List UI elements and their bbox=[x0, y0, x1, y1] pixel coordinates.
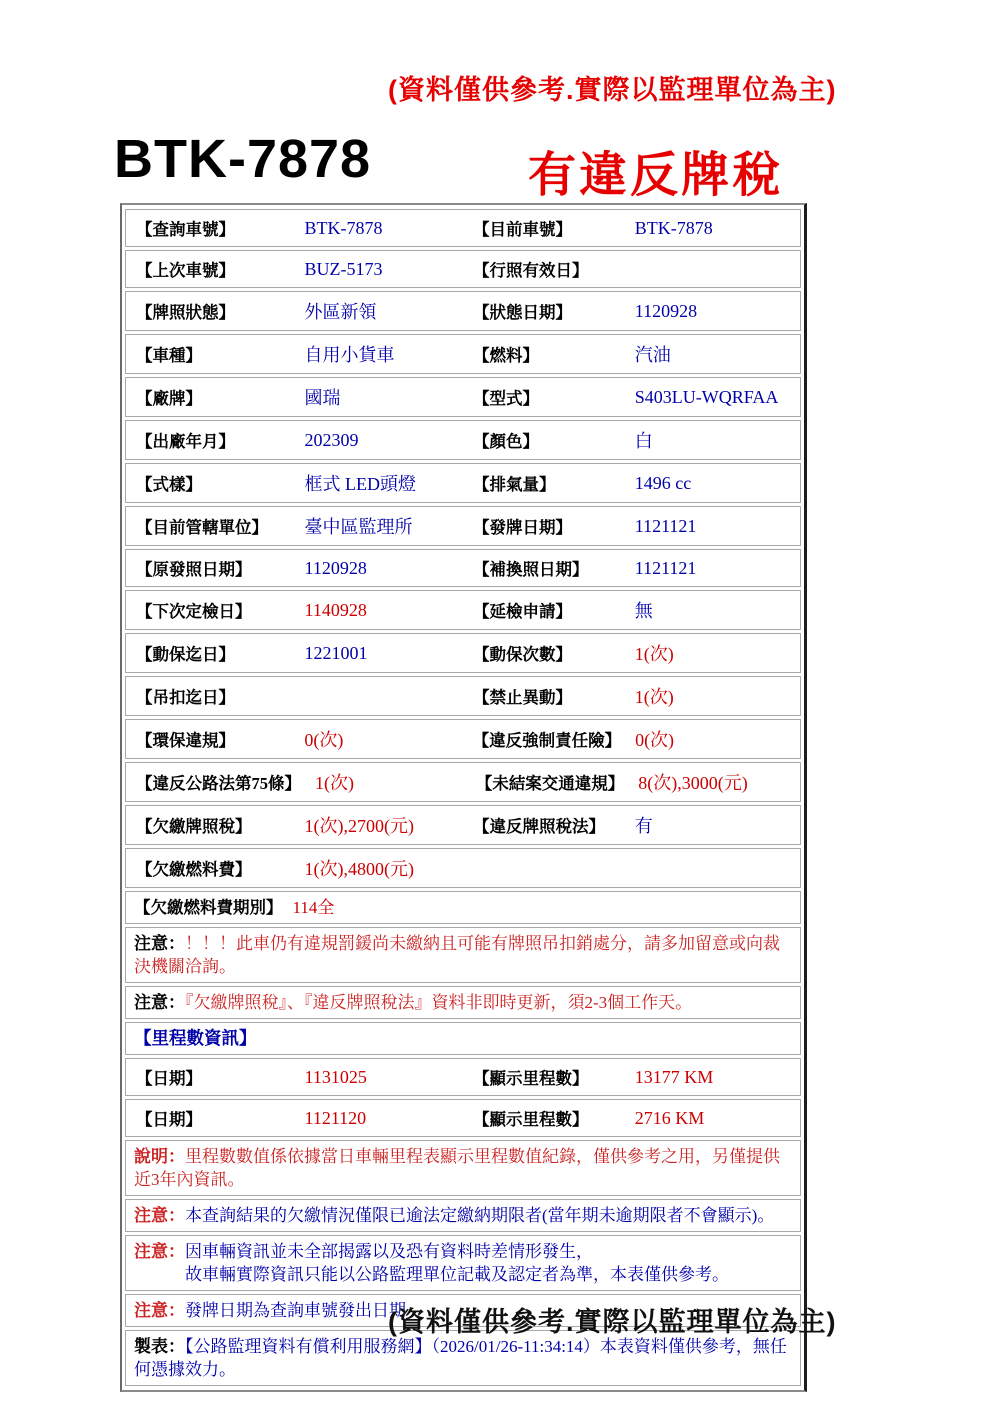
note-text: 因車輛資訊並未全部揭露以及恐有資料時差情形發生， 故車輛實際資訊只能以公路監理單… bbox=[134, 1242, 729, 1284]
top-disclaimer-text: (資料僅供參考.實際以監理單位為主) bbox=[388, 68, 836, 107]
violation-flag-title: 有違反牌稅 bbox=[528, 136, 783, 205]
field-label: 【下次定檢日】 bbox=[126, 591, 295, 629]
field-label: 【顯示里程數】 bbox=[463, 1100, 625, 1136]
table-row: 【原發照日期】1120928【補換照日期】1121121 bbox=[125, 549, 801, 587]
field-value: 114全 bbox=[293, 898, 335, 917]
table-row: 【環保違規】0(次)【違反強制責任險】0(次) bbox=[125, 719, 801, 759]
field-value: 外區新領 bbox=[295, 292, 464, 330]
field-value bbox=[625, 849, 800, 887]
table-row: 說明：里程數數值係依據當日車輛里程表顯示里程數值紀錄，僅供參考之用，另僅提供近3… bbox=[125, 1140, 801, 1196]
field-label: 【發牌日期】 bbox=[463, 507, 625, 545]
note-prefix-label: 製表： bbox=[134, 1337, 185, 1356]
table-row: 【目前管轄單位】臺中區監理所【發牌日期】1121121 bbox=[125, 506, 801, 546]
plate-number-title: BTK-7878 bbox=[114, 128, 371, 190]
field-label: 【違反強制責任險】 bbox=[463, 720, 626, 758]
field-value: S403LU-WQRFAA bbox=[625, 378, 800, 416]
table-row: 注意：因車輛資訊並未全部揭露以及恐有資料時差情形發生， 故車輛實際資訊只能以公路… bbox=[125, 1235, 801, 1291]
field-value: BTK-7878 bbox=[625, 210, 800, 246]
table-row: 【牌照狀態】外區新領【狀態日期】1120928 bbox=[125, 291, 801, 331]
note-text: 里程數數值係依據當日車輛里程表顯示里程數值紀錄，僅供參考之用，另僅提供近3年內資… bbox=[134, 1147, 780, 1189]
note-text: 發牌日期為查詢車號發出日期 bbox=[185, 1301, 406, 1320]
field-value bbox=[625, 251, 800, 287]
field-label: 【動保迄日】 bbox=[126, 634, 295, 672]
field-label: 【式樣】 bbox=[126, 464, 295, 502]
field-label: 【禁止異動】 bbox=[463, 677, 625, 715]
field-label: 【延檢申請】 bbox=[463, 591, 625, 629]
field-value: 1120928 bbox=[625, 292, 800, 330]
note-prefix-label: 說明： bbox=[134, 1147, 185, 1166]
field-value: BTK-7878 bbox=[295, 210, 464, 246]
note-prefix-label: 注意： bbox=[134, 1206, 185, 1225]
note-prefix-label: 注意： bbox=[134, 1301, 185, 1320]
table-row: 【下次定檢日】1140928【延檢申請】無 bbox=[125, 590, 801, 630]
table-row: 【日期】1131025【顯示里程數】13177 KM bbox=[125, 1058, 801, 1096]
field-value: 1120928 bbox=[295, 550, 464, 586]
field-value: 1(次) bbox=[625, 634, 800, 672]
vehicle-query-result-page: (資料僅供參考.實際以監理單位為主) BTK-7878 有違反牌稅 【查詢車號】… bbox=[0, 0, 992, 1403]
field-value: 0(次) bbox=[294, 720, 462, 758]
field-value: 框式 LED頭燈 bbox=[295, 464, 464, 502]
note-text: 【公路監理資料有償利用服務網】（2026/01/26-11:34:14）本表資料… bbox=[134, 1337, 787, 1379]
field-value: BUZ-5173 bbox=[295, 251, 464, 287]
field-value: 自用小貨車 bbox=[295, 335, 464, 373]
table-row: 【車種】自用小貨車【燃料】汽油 bbox=[125, 334, 801, 374]
field-value: 臺中區監理所 bbox=[295, 507, 464, 545]
field-label: 【欠繳燃料費】 bbox=[126, 849, 295, 887]
field-label: 【原發照日期】 bbox=[126, 550, 295, 586]
field-value: 1121121 bbox=[625, 550, 800, 586]
field-value: 無 bbox=[625, 591, 800, 629]
field-label: 【吊扣迄日】 bbox=[126, 677, 295, 715]
field-value: 白 bbox=[625, 421, 800, 459]
note-text: 本查詢結果的欠繳情況僅限已逾法定繳納期限者(當年期未逾期限者不會顯示)。 bbox=[185, 1206, 774, 1225]
note-prefix-label: 注意： bbox=[134, 1242, 185, 1261]
field-value: 1121121 bbox=[625, 507, 800, 545]
field-value: 1140928 bbox=[295, 591, 464, 629]
table-row: 【違反公路法第75條】1(次)【未結案交通違規】8(次),3000(元) bbox=[125, 762, 801, 802]
field-value: 8(次),3000(元) bbox=[628, 763, 800, 801]
note-text: 『欠繳牌照稅』、『違反牌照稅法』資料非即時更新，須2-3個工作天。 bbox=[185, 993, 692, 1012]
field-label: 【環保違規】 bbox=[126, 720, 294, 758]
field-label: 【目前車號】 bbox=[463, 210, 625, 246]
table-row: 【日期】1121120【顯示里程數】2716 KM bbox=[125, 1099, 801, 1137]
field-value: 202309 bbox=[295, 421, 464, 459]
table-row: 【動保迄日】1221001【動保次數】1(次) bbox=[125, 633, 801, 673]
field-label: 【日期】 bbox=[126, 1100, 295, 1136]
table-row: 【式樣】框式 LED頭燈【排氣量】1496 cc bbox=[125, 463, 801, 503]
section-header-label: 【里程數資訊】 bbox=[134, 1028, 257, 1048]
field-label: 【欠繳燃料費期別】 bbox=[134, 898, 283, 917]
field-label: 【違反公路法第75條】 bbox=[126, 763, 305, 801]
field-label: 【燃料】 bbox=[463, 335, 625, 373]
note-prefix-label: 注意： bbox=[134, 934, 185, 953]
field-label: 【顯示里程數】 bbox=[463, 1059, 625, 1095]
bottom-disclaimer-text: (資料僅供參考.實際以監理單位為主) bbox=[388, 1300, 836, 1339]
field-label: 【補換照日期】 bbox=[463, 550, 625, 586]
field-label: 【車種】 bbox=[126, 335, 295, 373]
field-label: 【型式】 bbox=[463, 378, 625, 416]
table-row: 注意：！！！此車仍有違規罰鍰尚未繳納且可能有牌照吊扣銷處分，請多加留意或向裁決機… bbox=[125, 927, 801, 983]
field-label: 【查詢車號】 bbox=[126, 210, 295, 246]
field-value: 汽油 bbox=[625, 335, 800, 373]
field-value: 1221001 bbox=[295, 634, 464, 672]
table-row: 【欠繳燃料費】1(次),4800(元) bbox=[125, 848, 801, 888]
field-value: 1(次),2700(元) bbox=[295, 806, 464, 844]
field-label: 【行照有效日】 bbox=[463, 251, 625, 287]
field-label: 【排氣量】 bbox=[463, 464, 625, 502]
table-row: 注意：本查詢結果的欠繳情況僅限已逾法定繳納期限者(當年期未逾期限者不會顯示)。 bbox=[125, 1199, 801, 1232]
field-value: 1496 cc bbox=[625, 464, 800, 502]
table-row: 【上次車號】BUZ-5173【行照有效日】 bbox=[125, 250, 801, 288]
field-label: 【狀態日期】 bbox=[463, 292, 625, 330]
field-value: 1(次),4800(元) bbox=[295, 849, 464, 887]
note-text: ！！！此車仍有違規罰鍰尚未繳納且可能有牌照吊扣銷處分，請多加留意或向裁決機關洽詢… bbox=[134, 934, 780, 976]
field-label: 【目前管轄單位】 bbox=[126, 507, 295, 545]
table-row: 【查詢車號】BTK-7878【目前車號】BTK-7878 bbox=[125, 209, 801, 247]
field-label bbox=[463, 849, 625, 887]
field-label: 【動保次數】 bbox=[463, 634, 625, 672]
table-row: 【里程數資訊】 bbox=[125, 1022, 801, 1055]
table-row: 【廠牌】國瑞【型式】S403LU-WQRFAA bbox=[125, 377, 801, 417]
field-label: 【欠繳牌照稅】 bbox=[126, 806, 295, 844]
table-row: 【欠繳牌照稅】1(次),2700(元)【違反牌照稅法】有 bbox=[125, 805, 801, 845]
field-value: 1121120 bbox=[295, 1100, 464, 1136]
vehicle-table: 【查詢車號】BTK-7878【目前車號】BTK-7878【上次車號】BUZ-51… bbox=[120, 203, 807, 1392]
field-label: 【未結案交通違規】 bbox=[466, 763, 629, 801]
field-value: 0(次) bbox=[625, 720, 800, 758]
table-row: 【欠繳燃料費期別】114全 bbox=[125, 891, 801, 924]
table-row: 注意：『欠繳牌照稅』、『違反牌照稅法』資料非即時更新，須2-3個工作天。 bbox=[125, 986, 801, 1019]
field-value: 13177 KM bbox=[625, 1059, 800, 1095]
field-label: 【違反牌照稅法】 bbox=[463, 806, 625, 844]
field-value: 2716 KM bbox=[625, 1100, 800, 1136]
field-label: 【出廠年月】 bbox=[126, 421, 295, 459]
table-row: 【吊扣迄日】【禁止異動】1(次) bbox=[125, 676, 801, 716]
field-value: 1(次) bbox=[305, 763, 466, 801]
field-value: 國瑞 bbox=[295, 378, 464, 416]
field-label: 【廠牌】 bbox=[126, 378, 295, 416]
field-label: 【牌照狀態】 bbox=[126, 292, 295, 330]
field-value bbox=[295, 677, 464, 715]
note-prefix-label: 注意： bbox=[134, 993, 185, 1012]
field-value: 有 bbox=[625, 806, 800, 844]
field-label: 【上次車號】 bbox=[126, 251, 295, 287]
field-label: 【日期】 bbox=[126, 1059, 295, 1095]
field-value: 1(次) bbox=[625, 677, 800, 715]
table-row: 【出廠年月】202309【顏色】白 bbox=[125, 420, 801, 460]
field-value: 1131025 bbox=[295, 1059, 464, 1095]
field-label: 【顏色】 bbox=[463, 421, 625, 459]
